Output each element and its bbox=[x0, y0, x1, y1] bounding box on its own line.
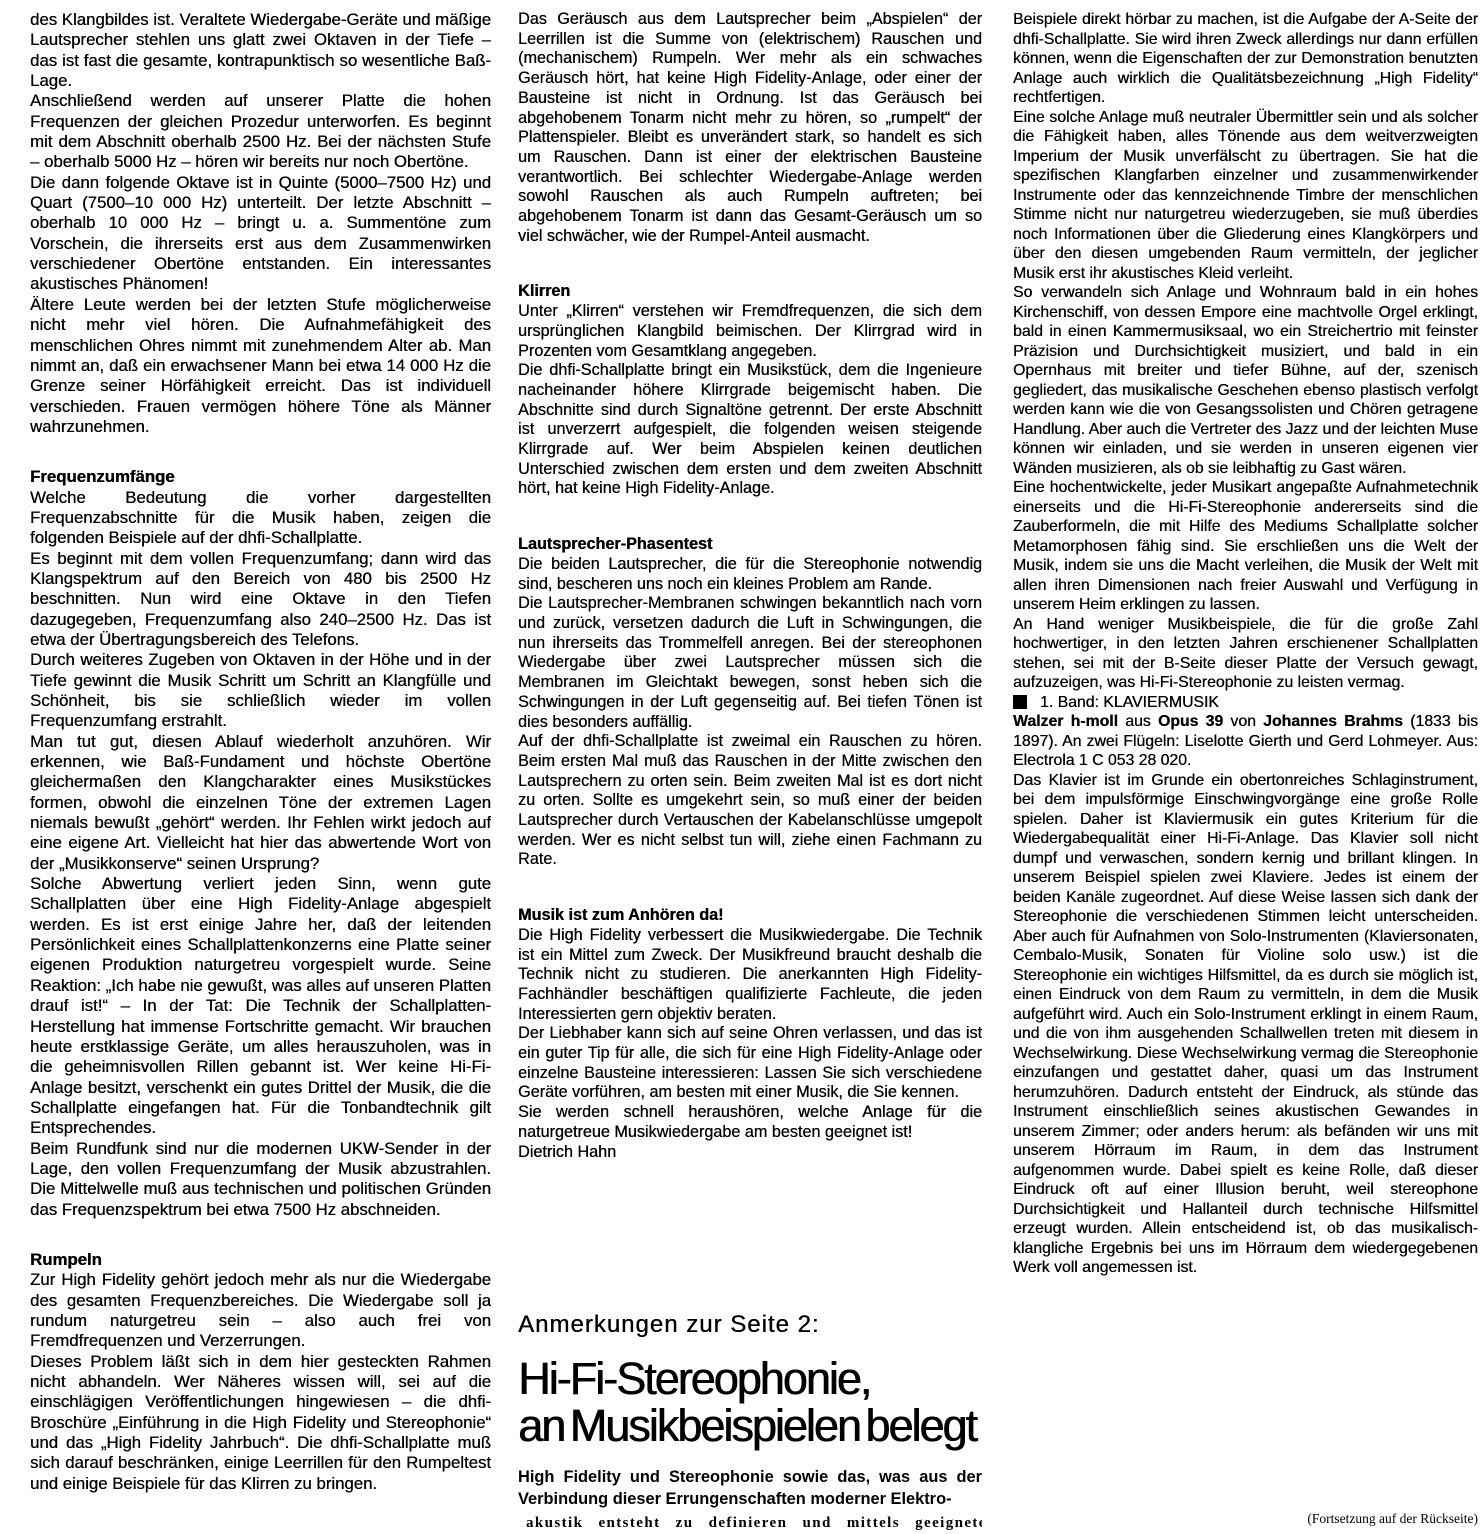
p-membranen: Die Lautsprecher-Membranen schwingen bek… bbox=[518, 594, 982, 732]
section-marker-square-icon bbox=[1013, 695, 1027, 709]
p-dieses-problem: Dieses Problem läßt sich in dem hier ges… bbox=[30, 1352, 491, 1494]
spacer bbox=[1013, 1278, 1478, 1503]
credit-work-title: Walzer h-moll bbox=[1013, 713, 1118, 730]
credit-line: Walzer h-moll aus Opus 39 von Johannes B… bbox=[1013, 712, 1478, 771]
p-welche-bedeutung: Welche Bedeutung die vorher dargestellte… bbox=[30, 488, 491, 549]
heading-klirren: Klirren bbox=[518, 282, 982, 302]
p-unter-klirren: Unter „Klirren“ verstehen wir Fremdfrequ… bbox=[518, 302, 982, 361]
credit-plain-1: aus bbox=[1118, 713, 1158, 730]
heading-lautsprecher-phasentest: Lautsprecher-Phasentest bbox=[518, 535, 982, 555]
credit-plain-2: von bbox=[1223, 713, 1263, 730]
column-left: des Klangbildes ist. Veraltete Wiedergab… bbox=[30, 10, 491, 1534]
p-neutraler-uebermittler: Eine solche Anlage muß neutraler Übermit… bbox=[1013, 108, 1478, 284]
p-quinte-quart: Die dann folgende Oktave ist in Quinte (… bbox=[30, 173, 491, 295]
band-heading: 1. Band: KLAVIERMUSIK bbox=[1013, 693, 1478, 713]
p-heraushoeren: Sie werden schnell heraushören, welche A… bbox=[518, 1103, 982, 1142]
heading-rumpeln: Rumpeln bbox=[30, 1250, 491, 1270]
p-rundfunk: Beim Rundfunk sind nur die modernen UKW-… bbox=[30, 1139, 491, 1220]
continuation-note: (Fortsetzung auf der Rückseite) bbox=[1013, 1509, 1478, 1529]
p-high-fidelity-verbessert: Die High Fidelity verbessert die Musikwi… bbox=[518, 926, 982, 1025]
p-klangbild: des Klangbildes ist. Veraltete Wiedergab… bbox=[30, 10, 491, 91]
p-beispiele-hoerbar: Beispiele direkt hörbar zu machen, ist d… bbox=[1013, 10, 1478, 108]
p-kirchenschiff: So verwandeln sich Anlage und Wohnraum b… bbox=[1013, 283, 1478, 478]
lead-paragraph: High Fidelity und Stereophonie sowie das… bbox=[518, 1467, 982, 1510]
p-b-seite-versuch: An Hand weniger Musikbeispiele, die für … bbox=[1013, 615, 1478, 693]
p-geraeusch-leerrillen: Das Geräusch aus dem Lautsprecher beim „… bbox=[518, 10, 982, 246]
p-beide-lautsprecher: Die beiden Lautsprecher, die für die Ste… bbox=[518, 555, 982, 594]
display-title-line-1: Hi-Fi-Stereophonie, bbox=[518, 1355, 982, 1402]
p-klavier: Das Klavier ist im Grunde ein obertonrei… bbox=[1013, 771, 1478, 1278]
author-signature: Dietrich Hahn bbox=[518, 1143, 982, 1163]
band-label: 1. Band: KLAVIERMUSIK bbox=[1040, 693, 1219, 713]
display-title-line-2: an Musikbeispielen belegt bbox=[518, 1402, 982, 1449]
p-rauschen-orten: Auf der dhfi-Schallplatte ist zweimal ei… bbox=[518, 732, 982, 870]
p-weiteres-zugeben: Durch weiteres Zugeben von Oktaven in de… bbox=[30, 650, 491, 731]
kicker-anmerkungen: Anmerkungen zur Seite 2: bbox=[518, 1310, 982, 1340]
p-aeltere-leute: Ältere Leute werden bei der letzten Stuf… bbox=[30, 295, 491, 437]
liner-notes-page: des Klangbildes ist. Veraltete Wiedergab… bbox=[0, 0, 1484, 1534]
p-zur-high-fidelity: Zur High Fidelity gehört jedoch mehr als… bbox=[30, 1270, 491, 1351]
p-solche-abwertung: Solche Abwertung verliert jeden Sinn, we… bbox=[30, 874, 491, 1138]
p-klirrgrade: Die dhfi-Schallplatte bringt ein Musikst… bbox=[518, 361, 982, 499]
column-middle: Das Geräusch aus dem Lautsprecher beim „… bbox=[518, 10, 982, 1534]
column-right: Beispiele direkt hörbar zu machen, ist d… bbox=[1013, 10, 1478, 1534]
p-voller-frequenzumfang: Es beginnt mit dem vollen Frequenzumfang… bbox=[30, 549, 491, 651]
p-hohe-frequenzen: Anschließend werden auf unserer Platte d… bbox=[30, 91, 491, 172]
cutoff-serif-line: akustik entsteht zu definieren und mitte… bbox=[518, 1514, 982, 1534]
credit-opus: Opus 39 bbox=[1158, 713, 1223, 730]
p-man-tut-gut: Man tut gut, diesen Ablauf wiederholt an… bbox=[30, 732, 491, 874]
p-zauberformeln: Eine hochentwickelte, jeder Musikart ang… bbox=[1013, 478, 1478, 615]
three-column-layout: des Klangbildes ist. Veraltete Wiedergab… bbox=[30, 10, 1478, 1534]
credit-composer: Johannes Brahms bbox=[1263, 713, 1403, 730]
p-liebhaber: Der Liebhaber kann sich auf seine Ohren … bbox=[518, 1024, 982, 1103]
heading-musik-anhoeren: Musik ist zum Anhören da! bbox=[518, 906, 982, 926]
display-section: Anmerkungen zur Seite 2: Hi-Fi-Stereopho… bbox=[518, 1310, 982, 1534]
heading-frequenzumfaenge: Frequenzumfänge bbox=[30, 467, 491, 487]
